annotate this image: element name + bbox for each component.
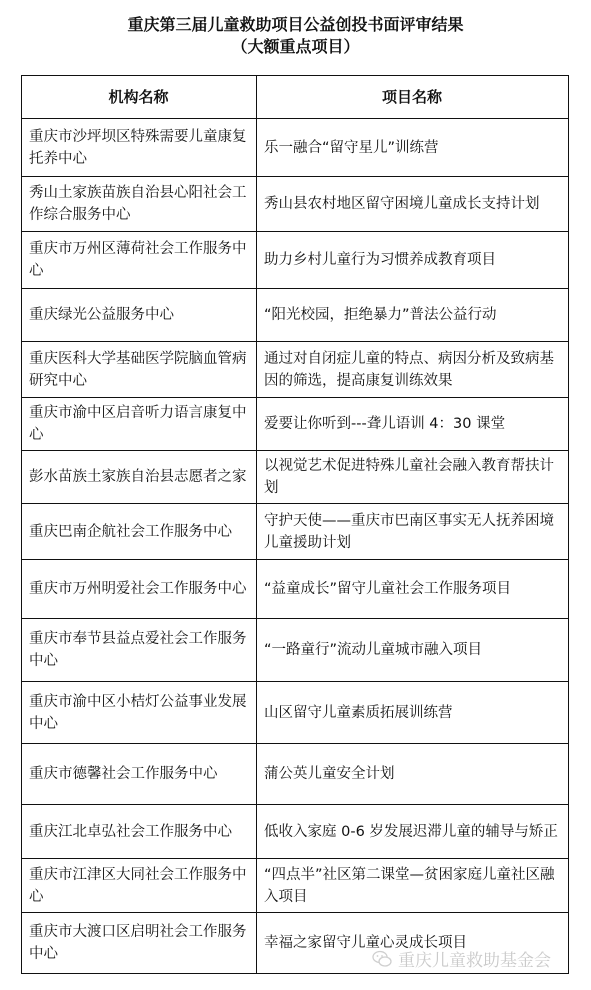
organization-name-cell: 彭水苗族土家族自治县志愿者之家 <box>22 451 257 504</box>
table-row: 重庆市万州明爱社会工作服务中心“益童成长”留守儿童社会工作服务项目 <box>22 560 569 619</box>
table-row: 重庆市渝中区小桔灯公益事业发展中心山区留守儿童素质拓展训练营 <box>22 682 569 744</box>
table-row: 重庆江北卓弘社会工作服务中心低收入家庭 0-6 岁发展迟滞儿童的辅导与矫正 <box>22 805 569 859</box>
watermark: 重庆儿童救助基金会 <box>372 946 551 971</box>
organization-name-cell: 重庆市大渡口区启明社会工作服务中心 <box>22 913 257 974</box>
results-table: 机构名称 项目名称 重庆市沙坪坝区特殊需要儿童康复托养中心乐一融合“留守星儿”训… <box>21 75 569 974</box>
project-name-cell: 助力乡村儿童行为习惯养成教育项目 <box>257 232 569 289</box>
table-row: 重庆医科大学基础医学院脑血管病研究中心通过对自闭症儿童的特点、病因分析及致病基因… <box>22 342 569 398</box>
project-name-cell: 通过对自闭症儿童的特点、病因分析及致病基因的筛选，提高康复训练效果 <box>257 342 569 398</box>
project-name-cell: 以视觉艺术促进特殊儿童社会融入教育帮扶计划 <box>257 451 569 504</box>
table-row: 重庆市万州区薄荷社会工作服务中心助力乡村儿童行为习惯养成教育项目 <box>22 232 569 289</box>
project-name-cell: “阳光校园，拒绝暴力”普法公益行动 <box>257 289 569 342</box>
project-name-cell: 爱要让你听到---聋儿语训 4：30 课堂 <box>257 398 569 451</box>
project-name-cell: 山区留守儿童素质拓展训练营 <box>257 682 569 744</box>
project-name-cell: “四点半”社区第二课堂—贫困家庭儿童社区融入项目 <box>257 859 569 913</box>
organization-name-cell: 重庆市沙坪坝区特殊需要儿童康复托养中心 <box>22 119 257 177</box>
wechat-icon <box>372 950 392 968</box>
table-row: 重庆绿光公益服务中心“阳光校园，拒绝暴力”普法公益行动 <box>22 289 569 342</box>
organization-name-cell: 重庆市德馨社会工作服务中心 <box>22 744 257 805</box>
table-row: 秀山土家族苗族自治县心阳社会工作综合服务中心秀山县农村地区留守困境儿童成长支持计… <box>22 177 569 232</box>
table-row: 重庆巴南企航社会工作服务中心守护天使——重庆市巴南区事实无人抚养困境儿童援助计划 <box>22 504 569 560</box>
organization-name-cell: 重庆医科大学基础医学院脑血管病研究中心 <box>22 342 257 398</box>
table-body: 重庆市沙坪坝区特殊需要儿童康复托养中心乐一融合“留守星儿”训练营秀山土家族苗族自… <box>22 119 569 974</box>
organization-name-cell: 重庆市江津区大同社会工作服务中心 <box>22 859 257 913</box>
table-row: 重庆市德馨社会工作服务中心蒲公英儿童安全计划 <box>22 744 569 805</box>
project-name-cell: “益童成长”留守儿童社会工作服务项目 <box>257 560 569 619</box>
document-subtitle: （大额重点项目） <box>0 36 591 58</box>
organization-name-cell: 重庆市渝中区启音听力语言康复中心 <box>22 398 257 451</box>
watermark-text: 重庆儿童救助基金会 <box>398 946 551 971</box>
table-row: 重庆市江津区大同社会工作服务中心“四点半”社区第二课堂—贫困家庭儿童社区融入项目 <box>22 859 569 913</box>
project-name-cell: 秀山县农村地区留守困境儿童成长支持计划 <box>257 177 569 232</box>
organization-name-cell: 重庆巴南企航社会工作服务中心 <box>22 504 257 560</box>
organization-name-cell: 重庆市万州区薄荷社会工作服务中心 <box>22 232 257 289</box>
organization-name-cell: 重庆绿光公益服务中心 <box>22 289 257 342</box>
organization-name-cell: 重庆市渝中区小桔灯公益事业发展中心 <box>22 682 257 744</box>
document-title: 重庆第三届儿童救助项目公益创投书面评审结果 <box>0 14 591 36</box>
organization-name-cell: 重庆江北卓弘社会工作服务中心 <box>22 805 257 859</box>
table-row: 彭水苗族土家族自治县志愿者之家以视觉艺术促进特殊儿童社会融入教育帮扶计划 <box>22 451 569 504</box>
document-title-block: 重庆第三届儿童救助项目公益创投书面评审结果 （大额重点项目） <box>0 14 591 58</box>
project-name-cell: 守护天使——重庆市巴南区事实无人抚养困境儿童援助计划 <box>257 504 569 560</box>
project-name-cell: 蒲公英儿童安全计划 <box>257 744 569 805</box>
project-name-cell: “一路童行”流动儿童城市融入项目 <box>257 619 569 682</box>
organization-name-cell: 秀山土家族苗族自治县心阳社会工作综合服务中心 <box>22 177 257 232</box>
table-header-row: 机构名称 项目名称 <box>22 76 569 119</box>
organization-name-cell: 重庆市万州明爱社会工作服务中心 <box>22 560 257 619</box>
table-row: 重庆市奉节县益点爱社会工作服务中心“一路童行”流动儿童城市融入项目 <box>22 619 569 682</box>
table-row: 重庆市沙坪坝区特殊需要儿童康复托养中心乐一融合“留守星儿”训练营 <box>22 119 569 177</box>
column-header-project: 项目名称 <box>257 76 569 119</box>
organization-name-cell: 重庆市奉节县益点爱社会工作服务中心 <box>22 619 257 682</box>
table-row: 重庆市渝中区启音听力语言康复中心爱要让你听到---聋儿语训 4：30 课堂 <box>22 398 569 451</box>
project-name-cell: 低收入家庭 0-6 岁发展迟滞儿童的辅导与矫正 <box>257 805 569 859</box>
project-name-cell: 乐一融合“留守星儿”训练营 <box>257 119 569 177</box>
column-header-organization: 机构名称 <box>22 76 257 119</box>
